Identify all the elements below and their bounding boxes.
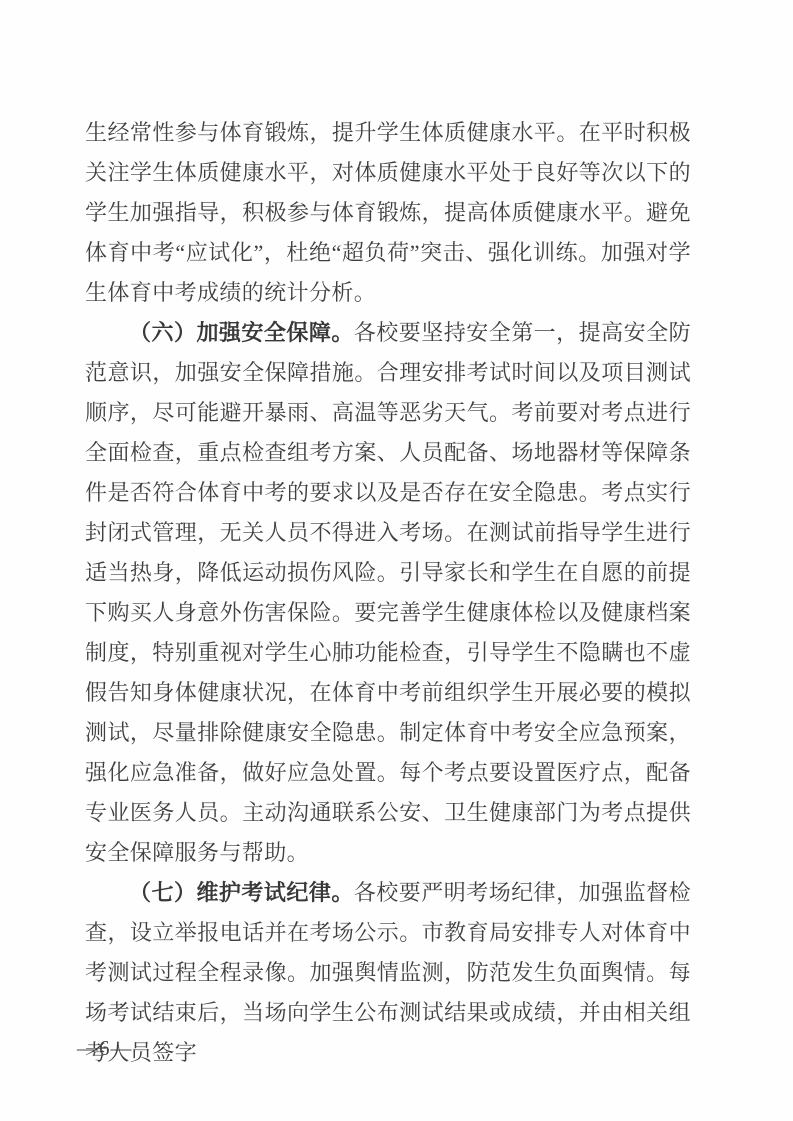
paragraph-text: 生经常性参与体育锻炼，提升学生体质健康水平。在平时积极关注学生体质健康水平，对体… [85,120,691,305]
document-page: 生经常性参与体育锻炼，提升学生体质健康水平。在平时积极关注学生体质健康水平，对体… [0,0,793,1121]
paragraph-text: 各校要坚持安全第一，提高安全防范意识，加强安全保障措施。合理安排考试时间以及项目… [85,320,691,865]
section-6-heading: （六）加强安全保障。 [129,320,354,345]
paragraph-continuation: 生经常性参与体育锻炼，提升学生体质健康水平。在平时积极关注学生体质健康水平，对体… [85,113,691,313]
document-body: 生经常性参与体育锻炼，提升学生体质健康水平。在平时积极关注学生体质健康水平，对体… [85,113,691,1073]
paragraph-text: 各校要严明考场纪律，加强监督检查，设立举报电话并在考场公示。市教育局安排专人对体… [85,880,691,1065]
paragraph-section-7: （七）维护考试纪律。各校要严明考场纪律，加强监督检查，设立举报电话并在考场公示。… [85,873,691,1073]
page-number: —6— [77,1036,133,1061]
section-7-heading: （七）维护考试纪律。 [129,880,354,905]
paragraph-section-6: （六）加强安全保障。各校要坚持安全第一，提高安全防范意识，加强安全保障措施。合理… [85,313,691,873]
